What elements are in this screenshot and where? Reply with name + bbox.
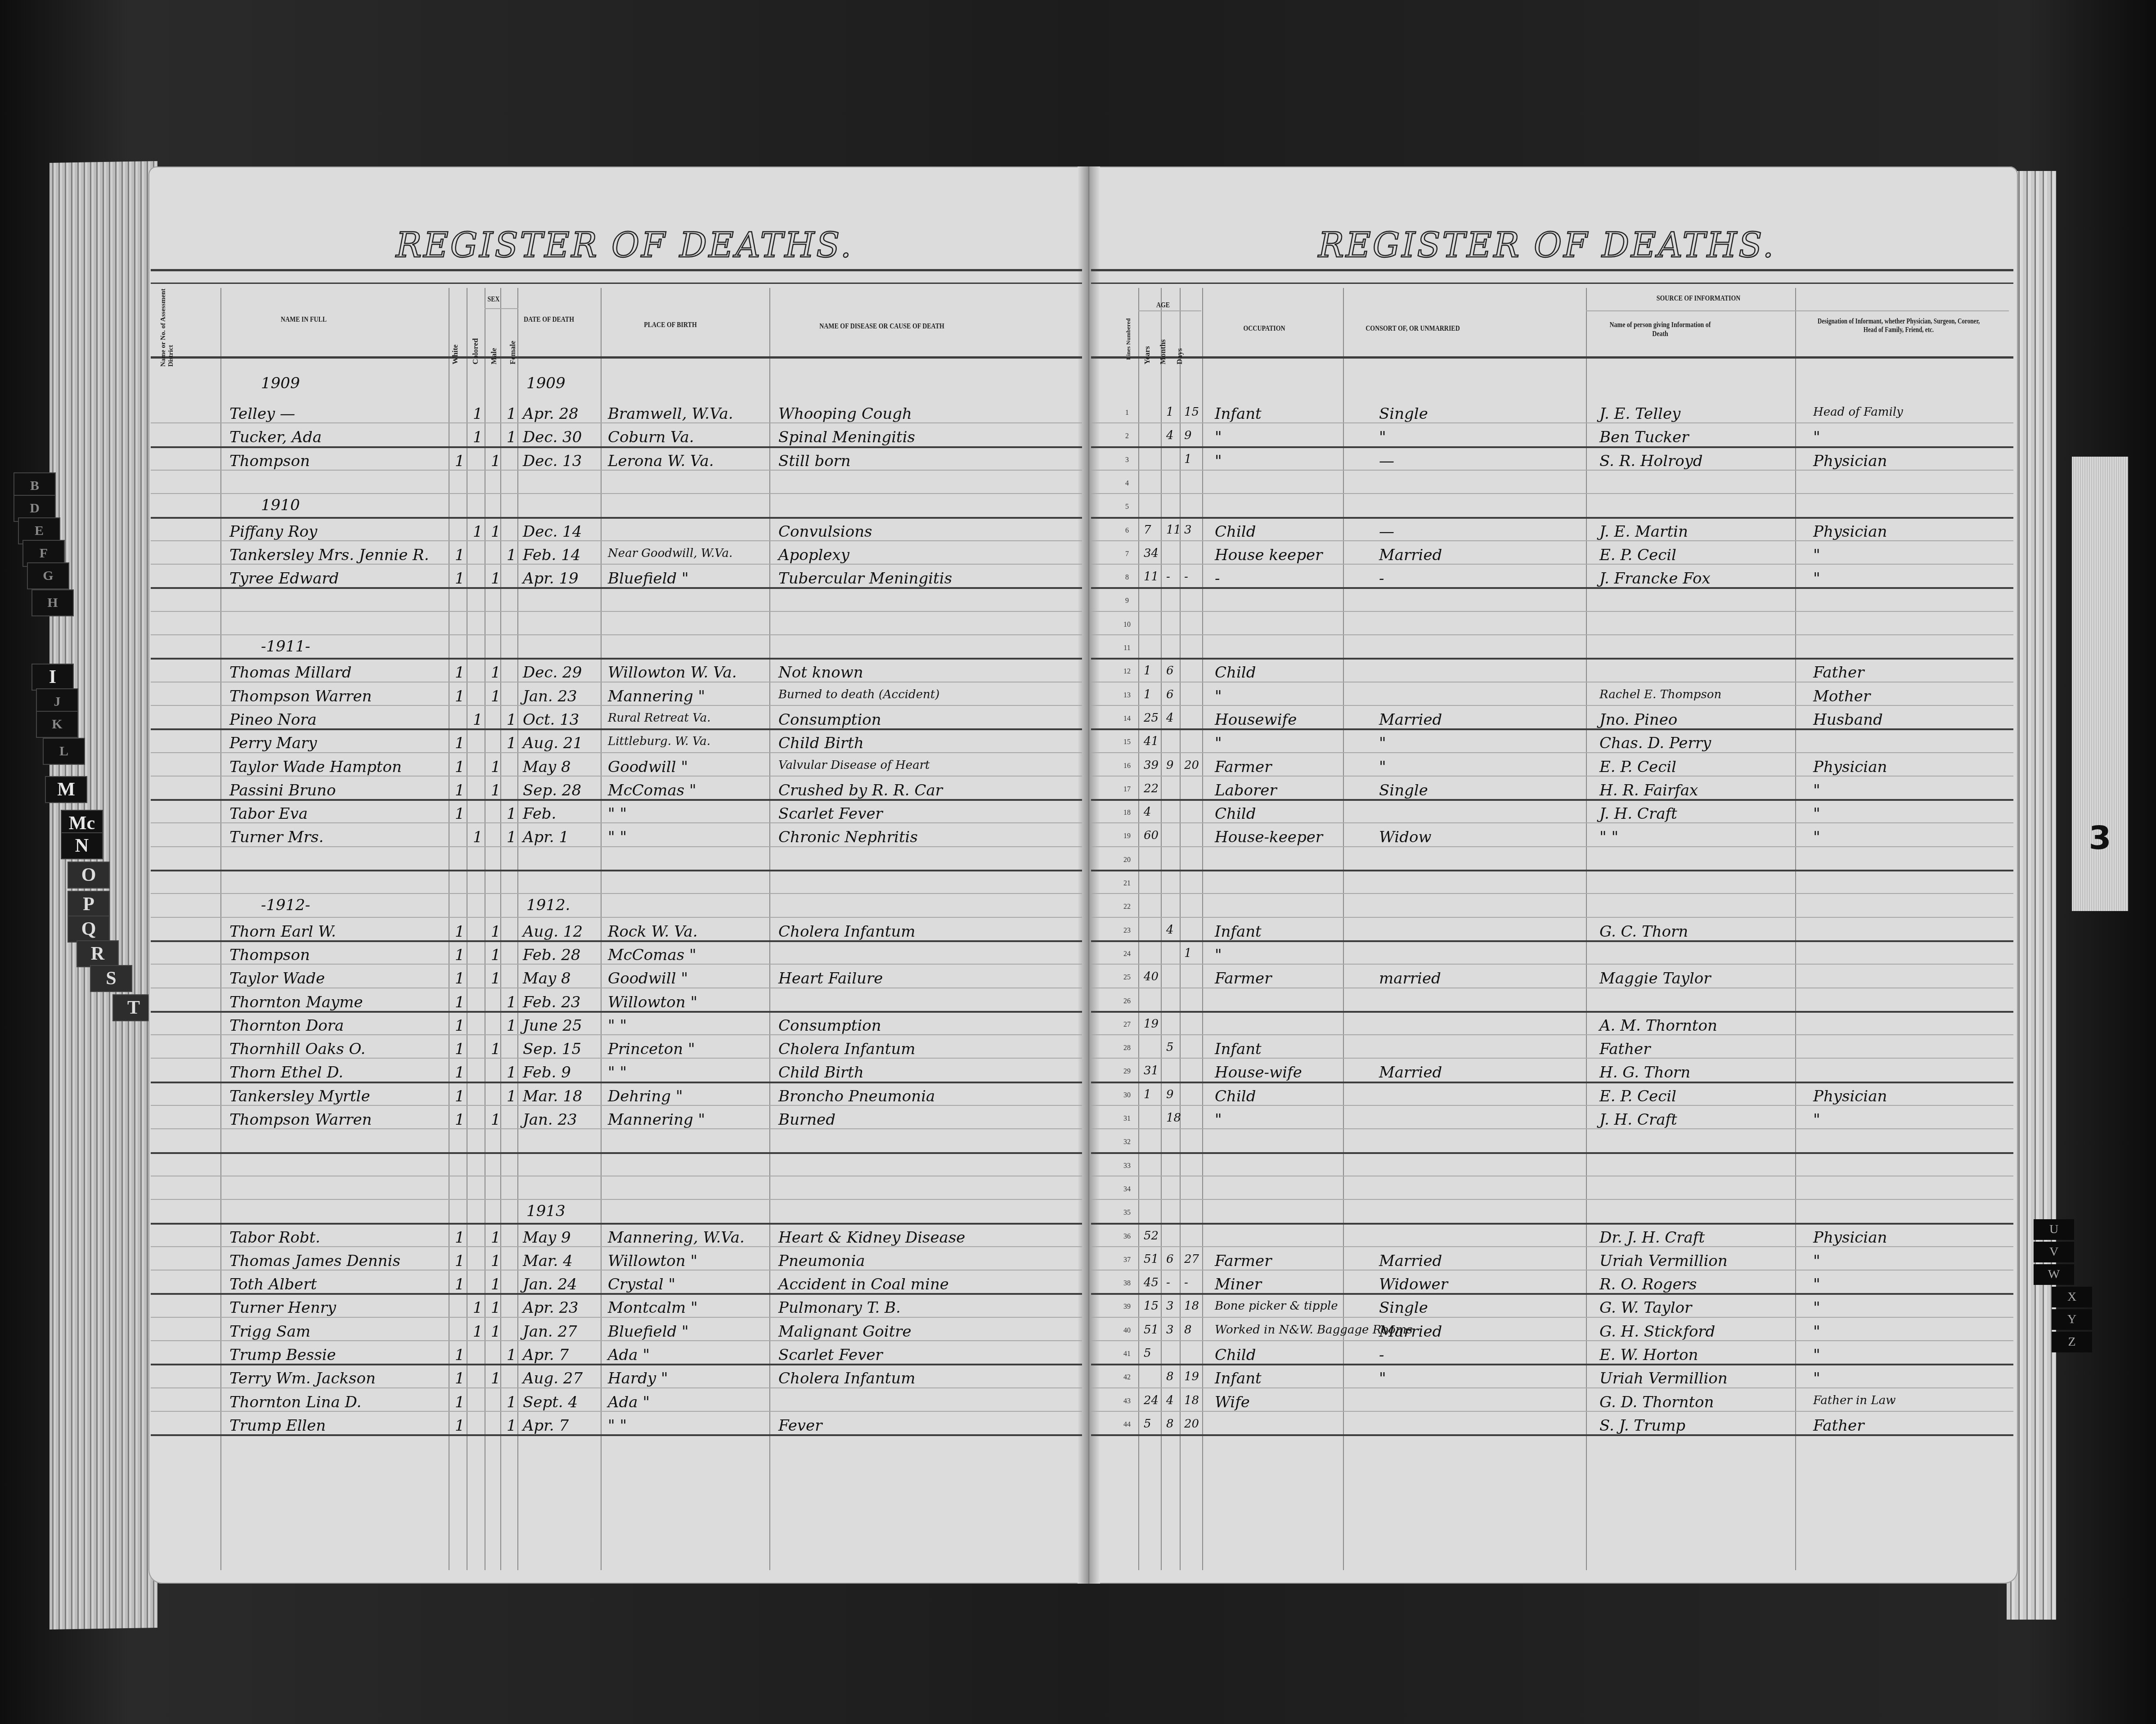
mark-male: 1 (491, 453, 501, 469)
index-tab-p: P (67, 891, 110, 918)
entry-date-of-death: Apr. 19 (523, 571, 579, 586)
entry-informant-designation: " (1813, 806, 1820, 822)
row-rule (151, 493, 1082, 494)
row-group-rule (151, 658, 1082, 660)
line-number: 44 (1118, 1421, 1136, 1429)
line-number: 17 (1118, 786, 1136, 794)
entry-place-of-birth: Mannering " (608, 689, 705, 704)
entry-name: Taylor Wade Hampton (229, 759, 402, 775)
row-group-rule (1091, 1434, 2013, 1436)
entry-cause-of-death: Heart & Kidney Disease (778, 1230, 965, 1245)
entry-cause-of-death: Still born (778, 453, 851, 469)
line-number: 14 (1118, 715, 1136, 723)
entry-consort: Widow (1379, 830, 1432, 845)
row-rule (1091, 917, 2013, 918)
entry-place-of-birth: Bramwell, W.Va. (608, 406, 733, 422)
row-rule (1091, 611, 2013, 612)
entry-place-of-birth: Willowton " (608, 1253, 697, 1269)
entry-informant-designation: Father (1813, 665, 1864, 680)
book-gutter (1078, 166, 1100, 1584)
entry-consort: " (1379, 1371, 1386, 1386)
entry-occupation: Child (1215, 806, 1256, 822)
entry-occupation: Miner (1215, 1277, 1262, 1292)
entry-age-days: 20 (1184, 1418, 1199, 1430)
entry-occupation: " (1215, 430, 1222, 445)
mark-colored: 1 (473, 712, 483, 727)
entry-age-years: 51 (1144, 1253, 1159, 1265)
entry-occupation: Farmer (1215, 1253, 1271, 1269)
entry-name: Thompson (229, 947, 310, 963)
entry-cause-of-death: Convulsions (778, 524, 872, 539)
column-divider (517, 288, 518, 1570)
entry-age-months: 9 (1166, 1089, 1174, 1100)
line-number: 15 (1118, 738, 1136, 746)
entry-age-days: 20 (1184, 759, 1199, 771)
entry-cause-of-death: Not known (778, 665, 863, 680)
mark-female: 1 (507, 1065, 517, 1080)
entry-cause-of-death: Heart Failure (778, 971, 883, 986)
header-sex: SEX (477, 295, 510, 304)
entry-informant-designation: " (1813, 571, 1820, 586)
row-rule (1091, 752, 2013, 753)
entry-place-of-birth: Goodwill " (608, 759, 688, 775)
entry-age-years: 41 (1144, 736, 1159, 747)
line-number: 4 (1118, 480, 1136, 488)
column-divider (1161, 288, 1162, 1570)
row-group-rule (151, 870, 1082, 871)
entry-age-years: 4 (1144, 806, 1151, 818)
line-number: 6 (1118, 527, 1136, 535)
mark-white: 1 (455, 1042, 465, 1057)
entry-informant-designation: " (1813, 1324, 1820, 1339)
line-number: 33 (1118, 1162, 1136, 1170)
row-rule (151, 634, 1082, 635)
row-group-rule (1091, 1152, 2013, 1154)
entry-occupation: " (1215, 736, 1222, 751)
entry-place-of-birth: " " (608, 1418, 627, 1433)
entry-place-of-birth: Mannering " (608, 1112, 705, 1127)
index-tab-r: R (76, 940, 119, 967)
entry-age-years: 7 (1144, 524, 1151, 536)
entry-place-of-birth: " " (608, 806, 627, 822)
index-tab-v: V (2034, 1242, 2074, 1262)
column-divider (467, 288, 467, 1570)
entry-informant-name: Uriah Vermillion (1599, 1253, 1728, 1269)
row-group-rule (1091, 1011, 2013, 1013)
entry-cause-of-death: Accident in Coal mine (778, 1277, 949, 1292)
entry-date-of-death: Jan. 23 (523, 689, 577, 704)
mark-male: 1 (491, 524, 501, 539)
column-divider (220, 288, 221, 1570)
entry-informant-name: A. M. Thornton (1599, 1018, 1717, 1033)
mark-male: 1 (491, 689, 501, 704)
entry-consort: Single (1379, 783, 1428, 798)
entry-informant-name: E. P. Cecil (1599, 759, 1676, 775)
entry-date-of-death: Sept. 4 (523, 1395, 578, 1410)
entry-name: Thomas James Dennis (229, 1253, 400, 1269)
entry-date-of-death: Jan. 24 (523, 1277, 577, 1292)
entry-name: Telley — (229, 406, 295, 422)
entry-age-months: 4 (1166, 924, 1174, 936)
entry-date-of-death: Aug. 21 (523, 736, 583, 751)
entry-occupation: Child (1215, 524, 1256, 539)
entry-name: Thomas Millard (229, 665, 352, 680)
entry-occupation: House-wife (1215, 1065, 1302, 1080)
entry-cause-of-death: Spinal Meningitis (778, 430, 915, 445)
entry-date-of-death: Mar. 4 (523, 1253, 573, 1269)
mark-white: 1 (455, 1418, 465, 1433)
entry-informant-name: Dr. J. H. Craft (1599, 1230, 1705, 1245)
entry-consort: — (1379, 524, 1394, 539)
index-tab-i: I (31, 664, 74, 691)
index-tab-m: M (45, 776, 87, 803)
header-informant-designation: Designation of Informant, whether Physic… (1814, 317, 1983, 334)
entry-cause-of-death: Tubercular Meningitis (778, 571, 952, 586)
entry-informant-name: G. W. Taylor (1599, 1300, 1692, 1315)
header-age: AGE (1143, 301, 1183, 310)
row-group-rule (1091, 587, 2013, 589)
entry-name: Thornton Lina D. (229, 1395, 361, 1410)
entry-informant-name: G. D. Thornton (1599, 1395, 1714, 1410)
mark-white: 1 (455, 947, 465, 963)
mark-white: 1 (455, 736, 465, 751)
entry-informant-name: S. R. Holroyd (1599, 453, 1703, 469)
row-rule (1091, 1317, 2013, 1318)
entry-date-of-death: Apr. 7 (523, 1418, 569, 1433)
entry-name: Terry Wm. Jackson (229, 1371, 376, 1386)
age-subheader-rule (1138, 310, 1201, 311)
mark-male: 1 (491, 1371, 501, 1386)
mark-female: 1 (507, 1418, 517, 1433)
line-number: 34 (1118, 1185, 1136, 1194)
entry-age-years: 11 (1144, 571, 1159, 583)
header-top-rule (151, 269, 1082, 271)
header-days: Days (1175, 331, 1184, 364)
row-group-rule (1091, 517, 2013, 519)
entry-consort: married (1379, 971, 1441, 986)
mark-colored: 1 (473, 524, 483, 539)
row-rule (151, 893, 1082, 894)
line-number: 28 (1118, 1044, 1136, 1052)
entry-consort: Married (1379, 712, 1442, 727)
line-number: 23 (1118, 927, 1136, 935)
line-number: 24 (1118, 950, 1136, 958)
entry-age-days: 3 (1184, 524, 1192, 536)
entry-informant-name: Jno. Pineo (1599, 712, 1677, 727)
entry-age-months: 4 (1166, 712, 1174, 724)
entry-informant-name: E. W. Horton (1599, 1347, 1698, 1363)
entry-age-months: 8 (1166, 1371, 1174, 1383)
mark-female: 1 (507, 430, 517, 445)
line-number: 32 (1118, 1138, 1136, 1146)
entry-age-months: 9 (1166, 759, 1174, 771)
sex-subheader-rule (485, 308, 518, 309)
index-tab-k: K (36, 711, 78, 738)
row-group-rule (1091, 1223, 2013, 1225)
index-tab-x: X (2052, 1287, 2092, 1307)
header-top-rule (1091, 283, 2013, 284)
line-number: 27 (1118, 1021, 1136, 1029)
mark-female: 1 (507, 1018, 517, 1033)
entry-cause-of-death: Burned to death (Accident) (778, 689, 939, 700)
entry-informant-designation: " (1813, 1371, 1820, 1386)
mark-white: 1 (455, 1371, 465, 1386)
entry-date-of-death: Dec. 14 (523, 524, 582, 539)
line-number: 25 (1118, 974, 1136, 982)
line-number: 16 (1118, 762, 1136, 770)
entry-place-of-birth: Ada " (608, 1347, 650, 1363)
entry-place-of-birth: Rural Retreat Va. (608, 712, 710, 724)
entry-age-years: 15 (1144, 1300, 1159, 1312)
line-number: 30 (1118, 1091, 1136, 1100)
mark-white: 1 (455, 689, 465, 704)
entry-age-days: 27 (1184, 1253, 1199, 1265)
entry-date-of-death: Feb. 9 (523, 1065, 571, 1080)
entry-age-months: 18 (1166, 1112, 1181, 1124)
entry-informant-designation: " (1813, 830, 1820, 845)
entry-name: Thompson Warren (229, 1112, 372, 1127)
row-group-rule (151, 1082, 1082, 1083)
entry-name: Perry Mary (229, 736, 317, 751)
mark-white: 1 (455, 571, 465, 586)
mark-colored: 1 (473, 1324, 483, 1339)
row-group-rule (1091, 446, 2013, 448)
entry-cause-of-death: Cholera Infantum (778, 1042, 916, 1057)
line-number: 5 (1118, 503, 1136, 511)
header-date-of-death: DATE OF DEATH (523, 315, 575, 324)
index-tab-y: Y (2052, 1309, 2092, 1330)
entry-cause-of-death: Scarlet Fever (778, 1347, 883, 1363)
header-bottom-rule (151, 356, 1082, 359)
entry-name: Thompson Warren (229, 689, 372, 704)
entry-informant-name: G. H. Stickford (1599, 1324, 1715, 1339)
entry-age-days: 1 (1184, 453, 1192, 465)
mark-white: 1 (455, 1065, 465, 1080)
entry-name: Turner Mrs. (229, 830, 323, 845)
mark-white: 1 (455, 548, 465, 563)
entry-date-of-death: Apr. 1 (523, 830, 569, 845)
year-marker: 1910 (261, 498, 300, 513)
entry-name: Thornton Dora (229, 1018, 344, 1033)
row-rule (1091, 705, 2013, 706)
line-number: 11 (1118, 644, 1136, 652)
mark-white: 1 (455, 995, 465, 1010)
entry-place-of-birth: Princeton " (608, 1042, 695, 1057)
column-divider (1586, 288, 1587, 1570)
entry-informant-name: J. Francke Fox (1599, 571, 1711, 586)
mark-white: 1 (455, 806, 465, 822)
entry-cause-of-death: Valvular Disease of Heart (778, 759, 930, 771)
entry-age-years: 40 (1144, 971, 1159, 983)
entry-consort: " (1379, 736, 1386, 751)
entry-cause-of-death: Crushed by R. R. Car (778, 783, 943, 798)
year-marker: -1912- (261, 898, 310, 913)
entry-consort: Single (1379, 1300, 1428, 1315)
entry-date-of-death: Dec. 29 (523, 665, 582, 680)
entry-age-years: 39 (1144, 759, 1159, 771)
entry-informant-designation: " (1813, 1347, 1820, 1363)
entry-name: Tankersley Myrtle (229, 1089, 370, 1104)
entry-date-of-death: Mar. 18 (523, 1089, 582, 1104)
row-group-rule (151, 1152, 1082, 1154)
entry-date-of-death: Feb. 28 (523, 947, 581, 963)
mark-male: 1 (491, 783, 501, 798)
header-informant-name: Name of person giving Information of Dea… (1608, 320, 1712, 339)
entry-cause-of-death: Child Birth (778, 736, 864, 751)
mark-white: 1 (455, 783, 465, 798)
entry-age-days: 19 (1184, 1371, 1199, 1383)
row-group-rule (1091, 870, 2013, 871)
entry-name: Trump Ellen (229, 1418, 326, 1433)
entry-name: Trigg Sam (229, 1324, 310, 1339)
entry-age-months: 6 (1166, 1253, 1174, 1265)
entry-consort: — (1379, 453, 1394, 469)
entry-consort: Married (1379, 548, 1442, 563)
entry-informant-designation: " (1813, 1112, 1820, 1127)
mark-male: 1 (491, 924, 501, 939)
entry-consort: - (1379, 571, 1384, 586)
entry-informant-designation: Physician (1813, 1089, 1887, 1104)
entry-occupation: Wife (1215, 1395, 1250, 1410)
page-title-left: REGISTER OF DEATHS. (396, 225, 853, 265)
entry-consort: Married (1379, 1324, 1442, 1339)
entry-age-days: 8 (1184, 1324, 1192, 1336)
entry-occupation: " (1215, 689, 1222, 704)
entry-date-of-death: Dec. 13 (523, 453, 582, 469)
entry-place-of-birth: Ada " (608, 1395, 650, 1410)
line-number: 43 (1118, 1397, 1136, 1405)
entry-name: Turner Henry (229, 1300, 336, 1315)
line-number: 31 (1118, 1115, 1136, 1123)
line-number: 36 (1118, 1233, 1136, 1241)
mark-female: 1 (507, 1395, 517, 1410)
entry-place-of-birth: " " (608, 1018, 627, 1033)
mark-white: 1 (455, 924, 465, 939)
column-divider (485, 288, 485, 1570)
entry-cause-of-death: Pneumonia (778, 1253, 865, 1269)
entry-informant-designation: Physician (1813, 1230, 1887, 1245)
entry-cause-of-death: Malignant Goitre (778, 1324, 912, 1339)
page-title-right: REGISTER OF DEATHS. (1318, 225, 1775, 265)
entry-cause-of-death: Broncho Pneumonia (778, 1089, 935, 1104)
entry-place-of-birth: Willowton W. Va. (608, 665, 737, 680)
entry-cause-of-death: Child Birth (778, 1065, 864, 1080)
entry-date-of-death: Feb. 23 (523, 995, 581, 1010)
year-marker: 1909 (261, 376, 300, 391)
entry-informant-name: " " (1599, 830, 1618, 845)
entry-informant-designation: Physician (1813, 453, 1887, 469)
line-number: 42 (1118, 1374, 1136, 1382)
entry-name: Pineo Nora (229, 712, 317, 727)
year-marker: -1911- (261, 639, 310, 654)
entry-informant-designation: " (1813, 1253, 1820, 1269)
entry-place-of-birth: McComas " (608, 783, 696, 798)
index-tab-o: O (67, 862, 110, 889)
entry-name: Thorn Earl W. (229, 924, 336, 939)
entry-occupation: Infant (1215, 1371, 1262, 1386)
entry-informant-name: J. H. Craft (1599, 806, 1677, 822)
entry-occupation: Laborer (1215, 783, 1277, 798)
entry-consort: Single (1379, 406, 1428, 422)
line-number: 7 (1118, 550, 1136, 558)
entry-place-of-birth: Montcalm " (608, 1300, 698, 1315)
header-district: Name or No. of Assessment District (160, 281, 187, 367)
entry-date-of-death: Apr. 23 (523, 1300, 579, 1315)
entry-age-years: 1 (1144, 1089, 1151, 1100)
mark-white: 1 (455, 665, 465, 680)
row-rule (151, 1176, 1082, 1176)
entry-informant-designation: " (1813, 1277, 1820, 1292)
entry-place-of-birth: Coburn Va. (608, 430, 694, 445)
entry-informant-name: Uriah Vermillion (1599, 1371, 1728, 1386)
row-group-rule (1091, 1082, 2013, 1083)
entry-name: Piffany Roy (229, 524, 317, 539)
index-tab-g: G (27, 562, 69, 589)
line-number: 41 (1118, 1350, 1136, 1358)
mark-female: 1 (507, 830, 517, 845)
header-years: Years (1143, 333, 1152, 364)
entry-age-months: 4 (1166, 430, 1174, 441)
entry-consort: Married (1379, 1253, 1442, 1269)
entry-name: Tabor Eva (229, 806, 308, 822)
mark-white: 1 (455, 971, 465, 986)
column-divider (1343, 288, 1344, 1570)
entry-informant-name: Ben Tucker (1599, 430, 1689, 445)
entry-informant-designation: Physician (1813, 759, 1887, 775)
line-number: 10 (1118, 621, 1136, 629)
mark-male: 1 (491, 665, 501, 680)
entry-occupation: Infant (1215, 406, 1262, 422)
entry-occupation: Infant (1215, 1042, 1262, 1057)
column-divider (449, 288, 449, 1570)
mark-female: 1 (507, 548, 517, 563)
entry-name: Tankersley Mrs. Jennie R. (229, 548, 429, 563)
header-place-of-birth: PLACE OF BIRTH (615, 320, 726, 329)
entry-age-months: 4 (1166, 1395, 1174, 1406)
mark-white: 1 (455, 759, 465, 775)
mark-white: 1 (455, 1112, 465, 1127)
mark-colored: 1 (473, 406, 483, 422)
entry-informant-name: E. P. Cecil (1599, 1089, 1676, 1104)
mark-female: 1 (507, 406, 517, 422)
entry-cause-of-death: Consumption (778, 1018, 881, 1033)
mark-colored: 1 (473, 1300, 483, 1315)
entry-date-of-death: Apr. 7 (523, 1347, 569, 1363)
entry-date-of-death: Feb. (523, 806, 556, 822)
entry-age-years: 31 (1144, 1065, 1159, 1077)
header-months: Months (1159, 319, 1168, 364)
index-tab-n: N (61, 832, 103, 859)
column-divider (1138, 288, 1139, 1570)
mark-white: 1 (455, 1277, 465, 1292)
entry-informant-designation: Father in Law (1813, 1395, 1895, 1406)
entry-cause-of-death: Chronic Nephritis (778, 830, 918, 845)
mark-female: 1 (507, 712, 517, 727)
mark-female: 1 (507, 1347, 517, 1363)
column-divider (1202, 288, 1203, 1570)
entry-age-days: - (1184, 571, 1188, 583)
line-number: 39 (1118, 1303, 1136, 1311)
row-group-rule (151, 1223, 1082, 1225)
line-number: 38 (1118, 1280, 1136, 1288)
entry-cause-of-death: Pulmonary T. B. (778, 1300, 901, 1315)
row-rule (151, 611, 1082, 612)
entry-occupation: Farmer (1215, 971, 1271, 986)
entry-age-years: 24 (1144, 1395, 1159, 1406)
entry-age-months: - (1166, 571, 1170, 583)
row-rule (151, 917, 1082, 918)
entry-informant-designation: Head of Family (1813, 406, 1903, 418)
